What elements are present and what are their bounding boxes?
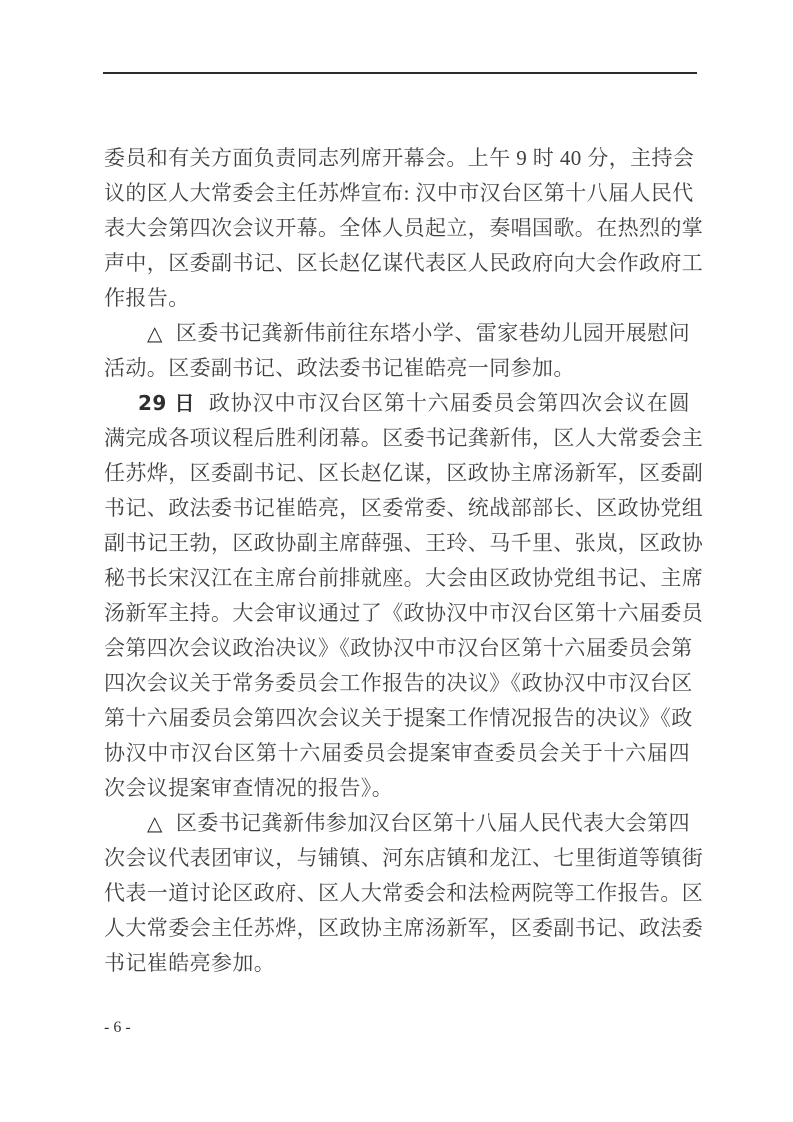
text-line: 副书记王勃，区政协副主席薛强、王玲、马千里、张岚，区政协 (104, 526, 690, 561)
text-line: 人大常委会主任苏烨，区政协主席汤新军，区委副书记、政法委 (104, 911, 690, 946)
line-text: 政协汉中市汉台区第十六届委员会第四次会议在圆 (208, 391, 690, 415)
paragraph: △区委书记龚新伟前往东塔小学、雷家巷幼儿园开展慰问活动。区委副书记、政法委书记崔… (104, 316, 690, 386)
text-line: 协汉中市汉台区第十六届委员会提案审查委员会关于十六届四 (104, 736, 690, 771)
paragraph: 委员和有关方面负责同志列席开幕会。上午 9 时 40 分，主持会议的区人大常委会… (104, 141, 690, 316)
text-line: 书记、政法委书记崔皓亮，区委常委、统战部部长、区政协党组 (104, 491, 690, 526)
paragraph: △区委书记龚新伟参加汉台区第十八届人民代表大会第四次会议代表团审议，与铺镇、河东… (104, 806, 690, 981)
lead-gap (163, 829, 176, 830)
text-line: 委员和有关方面负责同志列席开幕会。上午 9 时 40 分，主持会 (104, 141, 690, 176)
first-line-indent (104, 339, 147, 340)
text-line: 活动。区委副书记、政法委书记崔皓亮一同参加。 (104, 351, 690, 386)
lead-gap (163, 339, 176, 340)
paragraph: 29 日政协汉中市汉台区第十六届委员会第四次会议在圆满完成各项议程后胜利闭幕。区… (104, 386, 690, 806)
event-date: 29 日 (138, 391, 195, 415)
text-line: 表大会第四次会议开幕。全体人员起立，奏唱国歌。在热烈的掌 (104, 211, 690, 246)
text-line: 代表一道讨论区政府、区人大常委会和法检两院等工作报告。区 (104, 876, 690, 911)
triangle-marker-icon: △ (147, 811, 163, 835)
text-line: 第十六届委员会第四次会议关于提案工作情况报告的决议》《政 (104, 701, 690, 736)
first-line-indent (104, 409, 138, 410)
text-line: 汤新军主持。大会审议通过了《政协汉中市汉台区第十六届委员 (104, 596, 690, 631)
page-number: - 6 - (104, 1018, 131, 1038)
text-line: 任苏烨，区委副书记、区长赵亿谋，区政协主席汤新军，区委副 (104, 456, 690, 491)
text-line: 次会议代表团审议，与铺镇、河东店镇和龙江、七里街道等镇街 (104, 841, 690, 876)
triangle-marker-icon: △ (147, 321, 163, 345)
document-page: 委员和有关方面负责同志列席开幕会。上午 9 时 40 分，主持会议的区人大常委会… (0, 0, 793, 1122)
first-line-indent (104, 829, 147, 830)
text-line: 书记崔皓亮参加。 (104, 946, 690, 981)
text-line: 29 日政协汉中市汉台区第十六届委员会第四次会议在圆 (104, 386, 690, 421)
text-line: 作报告。 (104, 281, 690, 316)
text-line: 次会议提案审查情况的报告》。 (104, 771, 690, 806)
text-line: 声中，区委副书记、区长赵亿谋代表区人民政府向大会作政府工 (104, 246, 690, 281)
text-line: 秘书长宋汉江在主席台前排就座。大会由区政协党组书记、主席 (104, 561, 690, 596)
text-line: 议的区人大常委会主任苏烨宣布: 汉中市汉台区第十八届人民代 (104, 176, 690, 211)
line-text: 区委书记龚新伟参加汉台区第十八届人民代表大会第四 (176, 811, 690, 835)
header-rule (103, 72, 697, 74)
text-line: 会第四次会议政治决议》《政协汉中市汉台区第十六届委员会第 (104, 631, 690, 666)
text-line: 四次会议关于常务委员会工作报告的决议》《政协汉中市汉台区 (104, 666, 690, 701)
text-line: △区委书记龚新伟前往东塔小学、雷家巷幼儿园开展慰问 (104, 316, 690, 351)
lead-gap (195, 409, 208, 410)
line-text: 区委书记龚新伟前往东塔小学、雷家巷幼儿园开展慰问 (176, 321, 690, 345)
page-body: 委员和有关方面负责同志列席开幕会。上午 9 时 40 分，主持会议的区人大常委会… (104, 141, 690, 981)
text-line: △区委书记龚新伟参加汉台区第十八届人民代表大会第四 (104, 806, 690, 841)
text-line: 满完成各项议程后胜利闭幕。区委书记龚新伟，区人大常委会主 (104, 421, 690, 456)
